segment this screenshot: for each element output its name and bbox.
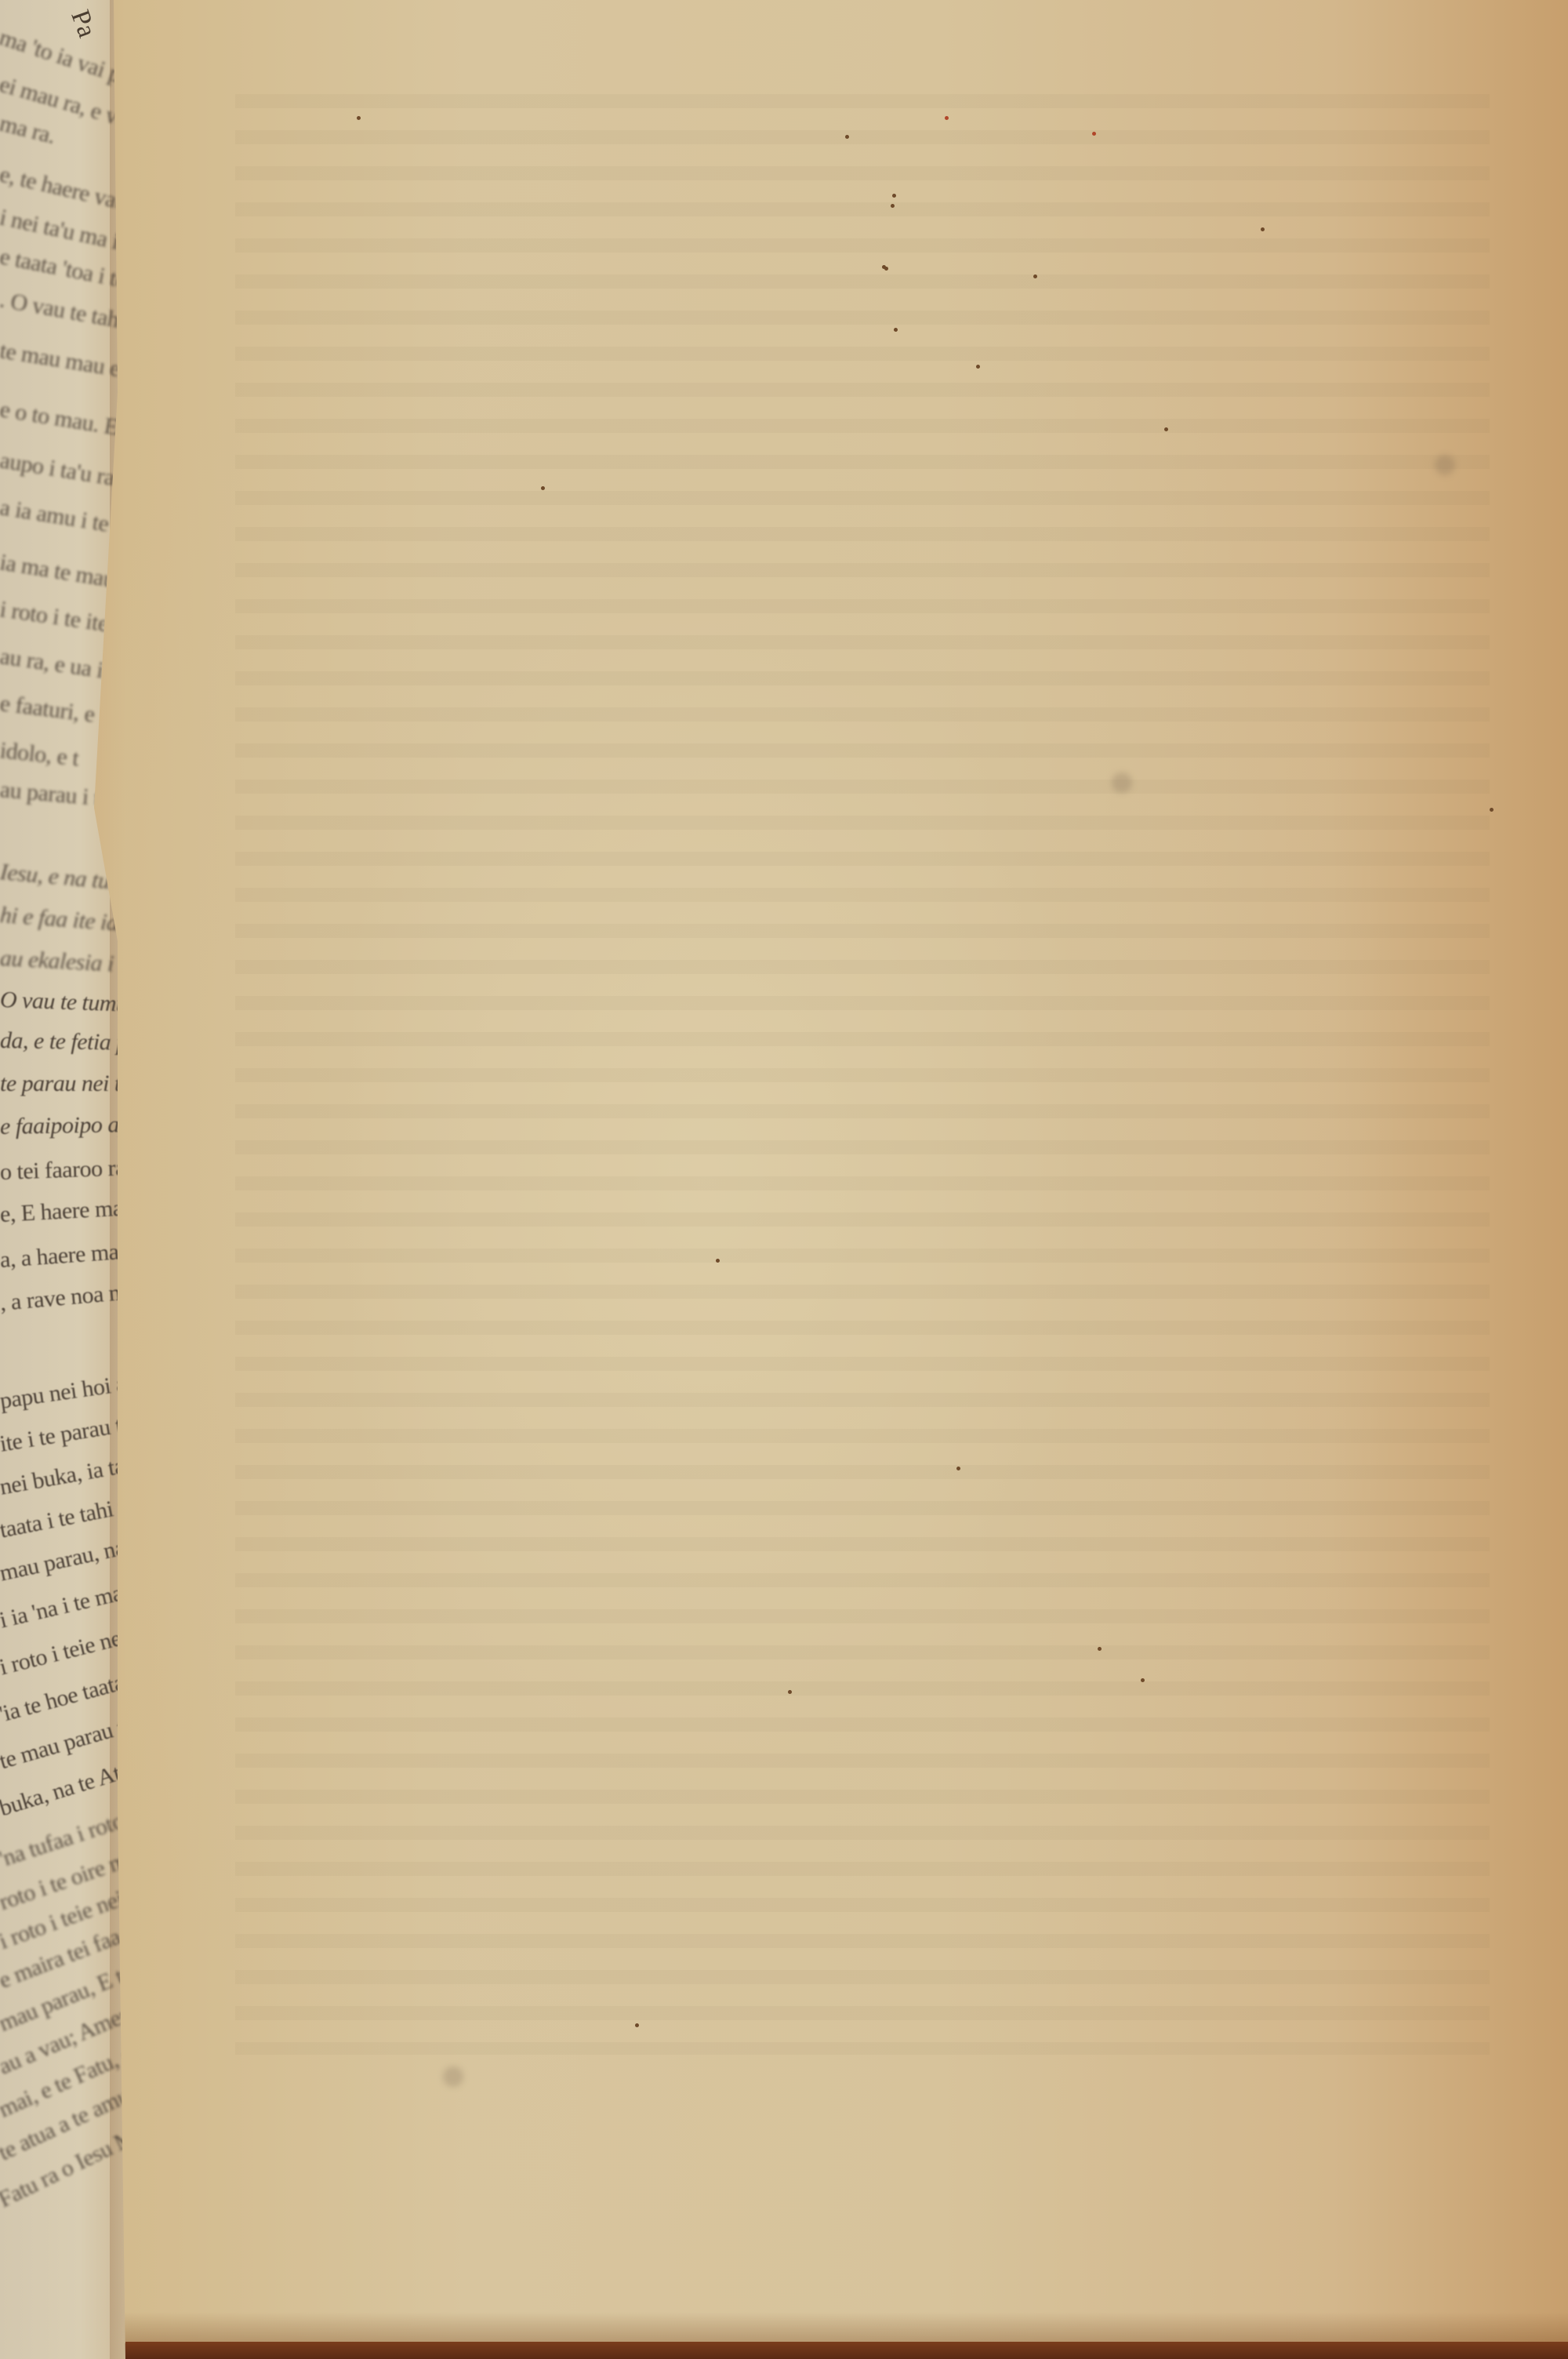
paper-speck <box>976 365 980 369</box>
text-line: o tei faaroo ra, a <box>0 1154 133 1185</box>
paper-speck <box>956 1467 960 1470</box>
text-line: e faaturi, e <box>0 690 96 729</box>
text-line: te parau nei te Va- <box>0 1070 133 1097</box>
text-line: O vau te tumu e <box>0 987 133 1018</box>
paper-speck <box>892 194 896 198</box>
paper-speck <box>541 486 545 490</box>
paper-speck <box>882 265 886 269</box>
paper-speck <box>716 1259 720 1263</box>
text-line: e faaipoipo api, E <box>0 1110 133 1140</box>
paper-speck <box>894 328 898 332</box>
paper-speck <box>891 204 895 208</box>
paper-speck <box>788 1690 792 1694</box>
paper-speck <box>1141 1678 1145 1682</box>
paper-speck <box>357 116 361 120</box>
paper-stain <box>443 2066 463 2087</box>
text-line: ma ra. <box>0 111 58 150</box>
bleed-through-text <box>235 94 1490 2055</box>
paper-speck <box>1098 1647 1102 1651</box>
paper-speck <box>1490 808 1494 812</box>
paper-stain <box>1112 772 1132 793</box>
paper-speck <box>1092 132 1096 136</box>
text-line: idolo, e t <box>0 737 80 772</box>
running-head: Pa <box>64 6 101 42</box>
text-line: au ra, e ua ia <box>0 643 114 685</box>
text-line: da, e te fetia poipo <box>0 1027 133 1057</box>
text-line: hi e faa ite ia <box>0 902 119 936</box>
paper-speck <box>1164 427 1168 431</box>
paper-stain <box>1435 455 1455 475</box>
left-page-strip: Pa ma 'to ia vai parau ei mau ra, e vai … <box>0 0 133 2359</box>
blank-right-page <box>0 0 1568 2343</box>
bottom-table-edge <box>125 2342 1568 2359</box>
paper-speck <box>635 2023 639 2027</box>
paper-speck <box>845 135 849 139</box>
paper-speck <box>1261 227 1265 231</box>
paper-speck <box>1033 274 1037 278</box>
paper-speck <box>945 116 949 120</box>
book-photo: Pa ma 'to ia vai parau ei mau ra, e vai … <box>0 0 1568 2359</box>
